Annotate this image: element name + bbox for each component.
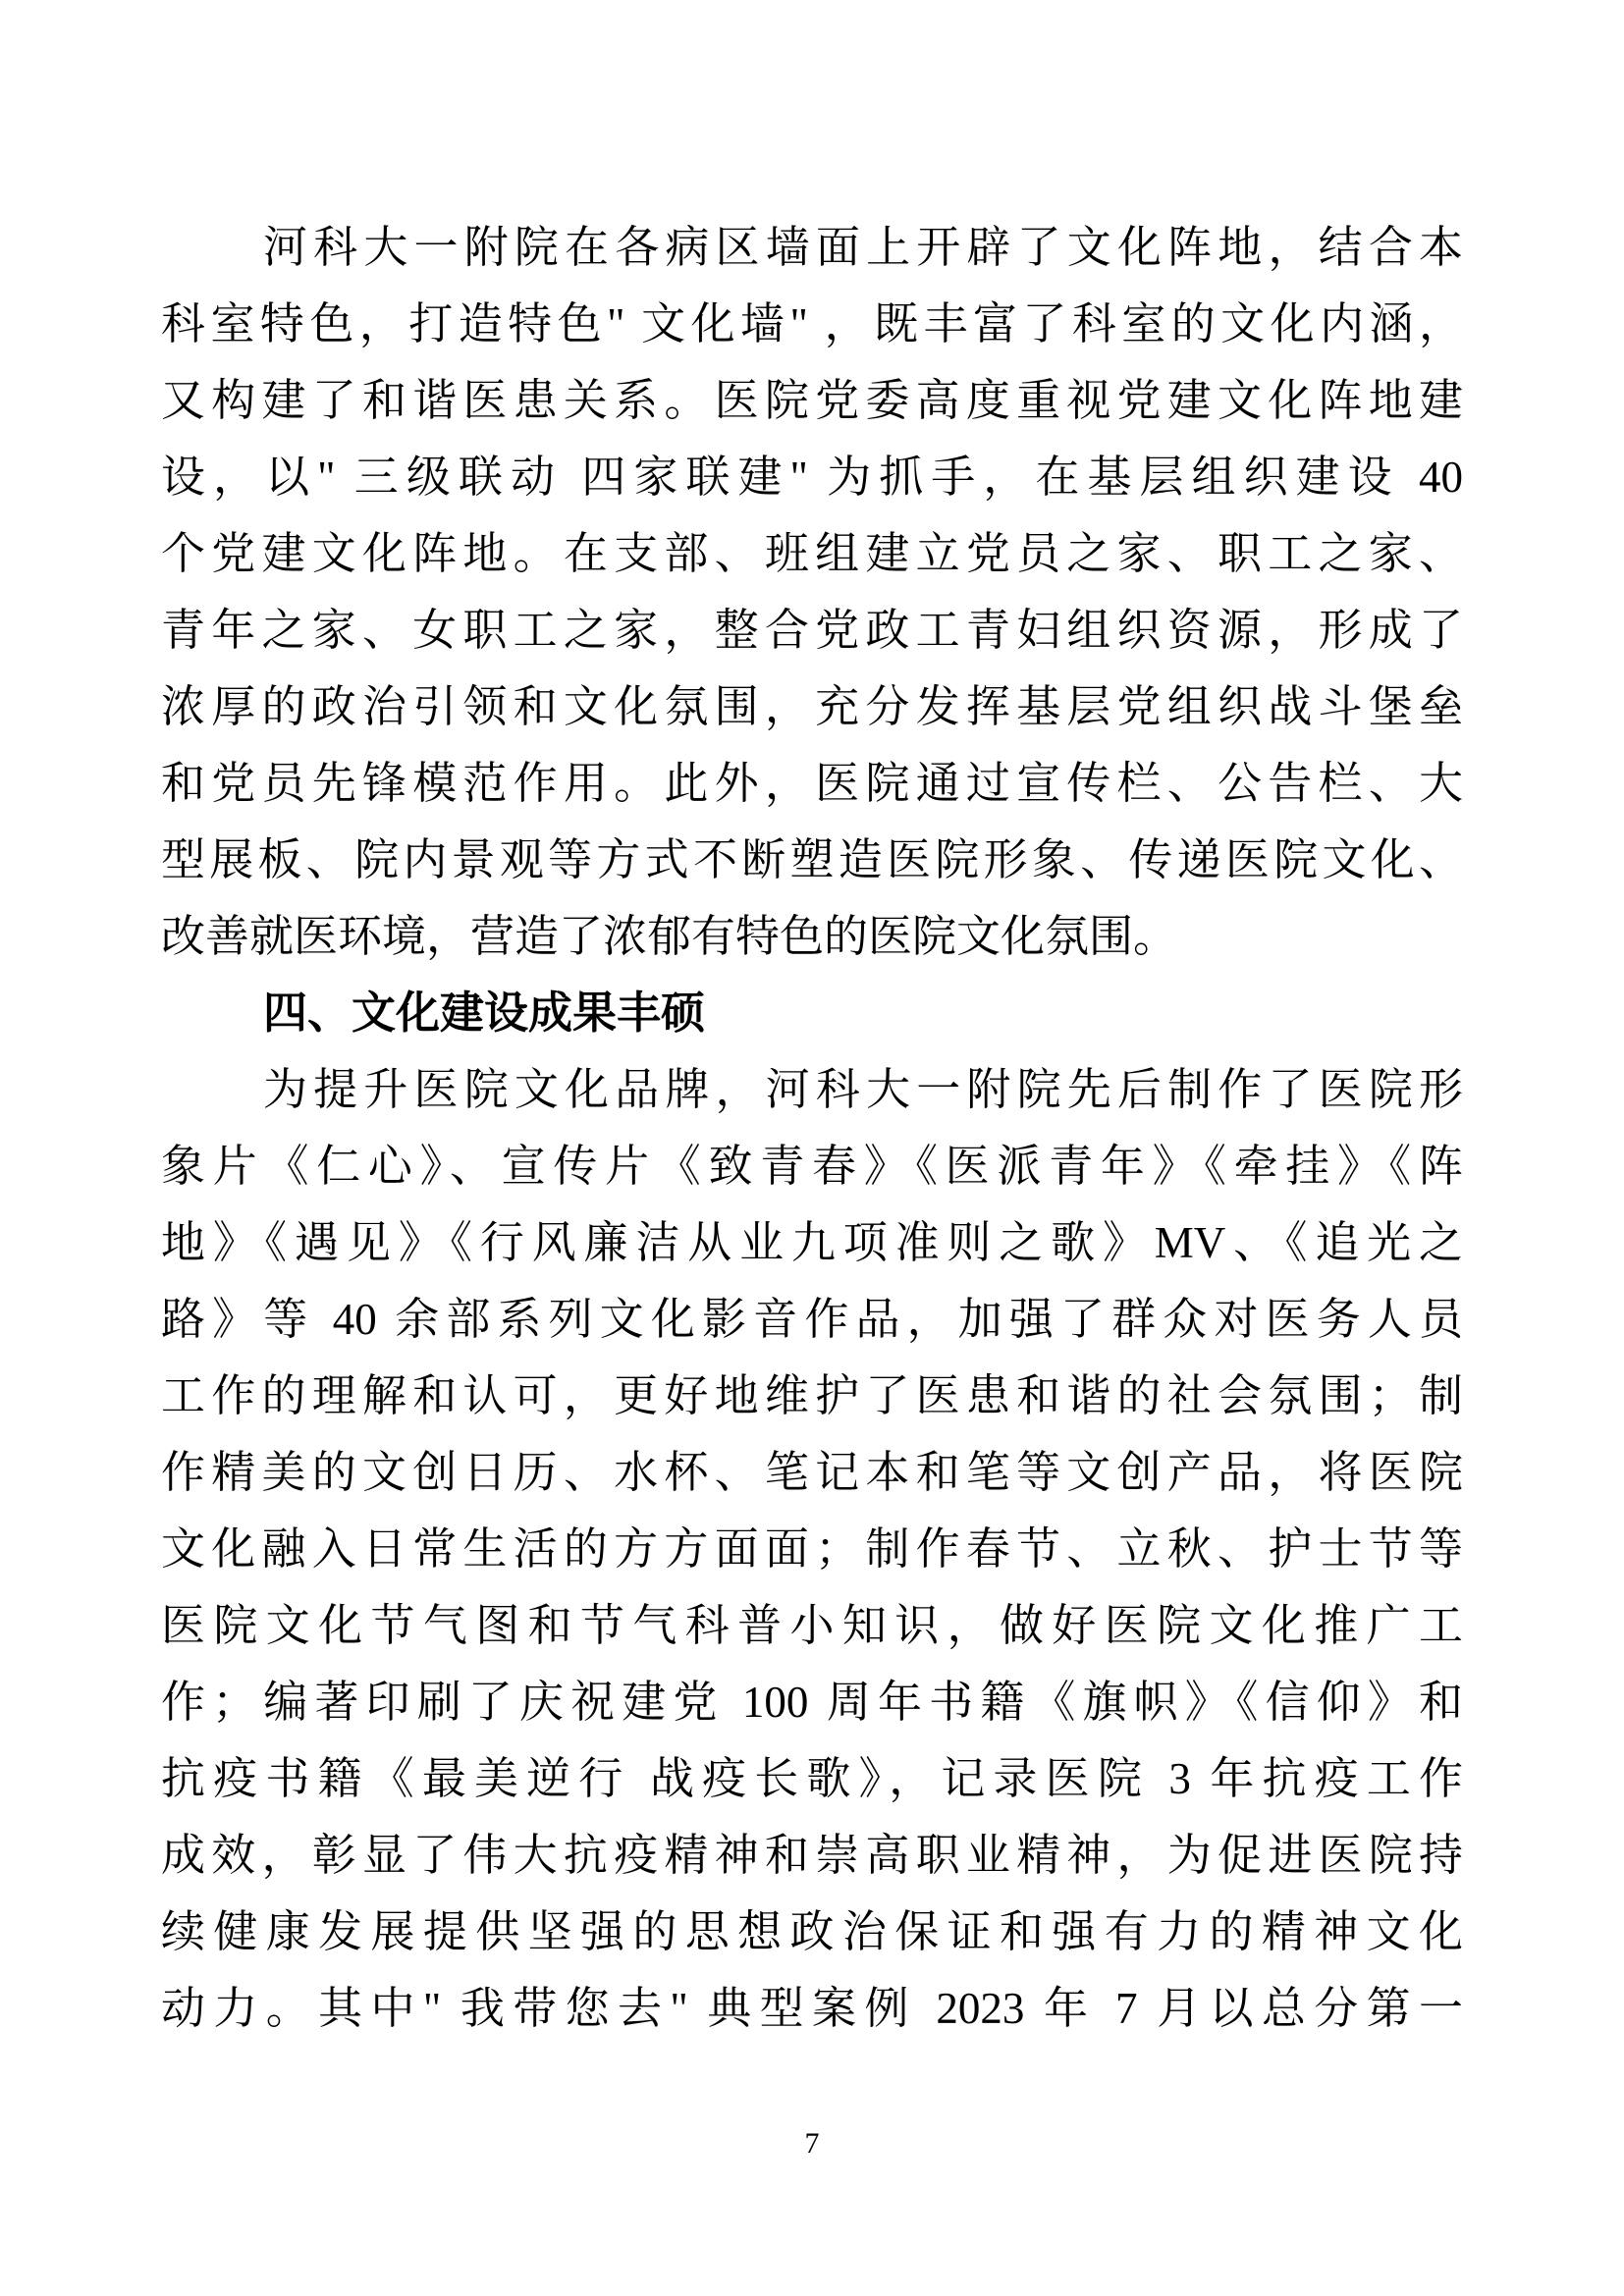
text-line: 为提升医院文化品牌，河科大一附院先后制作了医院形 xyxy=(161,1051,1463,1128)
text-line: 续健康发展提供坚强的思想政治保证和强有力的精神文化 xyxy=(161,1894,1463,1970)
text-line: 作精美的文创日历、水杯、笔记本和笔等文创产品，将医院 xyxy=(161,1434,1463,1511)
text-line: 文化融入日常生活的方方面面；制作春节、立秋、护士节等 xyxy=(161,1511,1463,1587)
text-line: 设，以" 三级联动 四家联建" 为抓手，在基层组织建设 40 xyxy=(161,439,1463,515)
document-page: 河科大一附院在各病区墙面上开辟了文化阵地，结合本科室特色，打造特色" 文化墙" … xyxy=(0,0,1624,2296)
text-line: 医院文化节气图和节气科普小知识，做好医院文化推广工 xyxy=(161,1587,1463,1664)
text-line: 象片《仁心》、宣传片《致青春》《医派青年》《牵挂》《阵 xyxy=(161,1128,1463,1204)
text-line: 河科大一附院在各病区墙面上开辟了文化阵地，结合本 xyxy=(161,209,1463,286)
text-line: 改善就医环境，营造了浓郁有特色的医院文化氛围。 xyxy=(161,898,1463,975)
text-line: 型展板、院内景观等方式不断塑造医院形象、传递医院文化、 xyxy=(161,822,1463,898)
text-line: 又构建了和谐医患关系。医院党委高度重视党建文化阵地建 xyxy=(161,362,1463,439)
document-body: 河科大一附院在各病区墙面上开辟了文化阵地，结合本科室特色，打造特色" 文化墙" … xyxy=(161,209,1463,2047)
section-heading: 四、文化建设成果丰硕 xyxy=(161,975,1463,1051)
text-line: 动力。其中" 我带您去" 典型案例 2023 年 7 月以总分第一 xyxy=(161,1970,1463,2047)
text-line: 路》等 40 余部系列文化影音作品，加强了群众对医务人员 xyxy=(161,1281,1463,1358)
text-line: 青年之家、女职工之家，整合党政工青妇组织资源，形成了 xyxy=(161,592,1463,668)
text-line: 和党员先锋模范作用。此外，医院通过宣传栏、公告栏、大 xyxy=(161,745,1463,822)
text-line: 地》《遇见》《行风廉洁从业九项准则之歌》MV、《追光之 xyxy=(161,1204,1463,1281)
text-line: 科室特色，打造特色" 文化墙" ，既丰富了科室的文化内涵， xyxy=(161,286,1463,362)
text-line: 工作的理解和认可，更好地维护了医患和谐的社会氛围；制 xyxy=(161,1358,1463,1434)
text-line: 作；编著印刷了庆祝建党 100 周年书籍《旗帜》《信仰》和 xyxy=(161,1664,1463,1740)
text-line: 成效，彰显了伟大抗疫精神和崇高职业精神，为促进医院持 xyxy=(161,1817,1463,1894)
text-line: 抗疫书籍《最美逆行 战疫长歌》，记录医院 3 年抗疫工作 xyxy=(161,1740,1463,1817)
page-number: 7 xyxy=(0,2126,1624,2162)
text-line: 个党建文化阵地。在支部、班组建立党员之家、职工之家、 xyxy=(161,515,1463,592)
text-line: 浓厚的政治引领和文化氛围，充分发挥基层党组织战斗堡垒 xyxy=(161,668,1463,745)
